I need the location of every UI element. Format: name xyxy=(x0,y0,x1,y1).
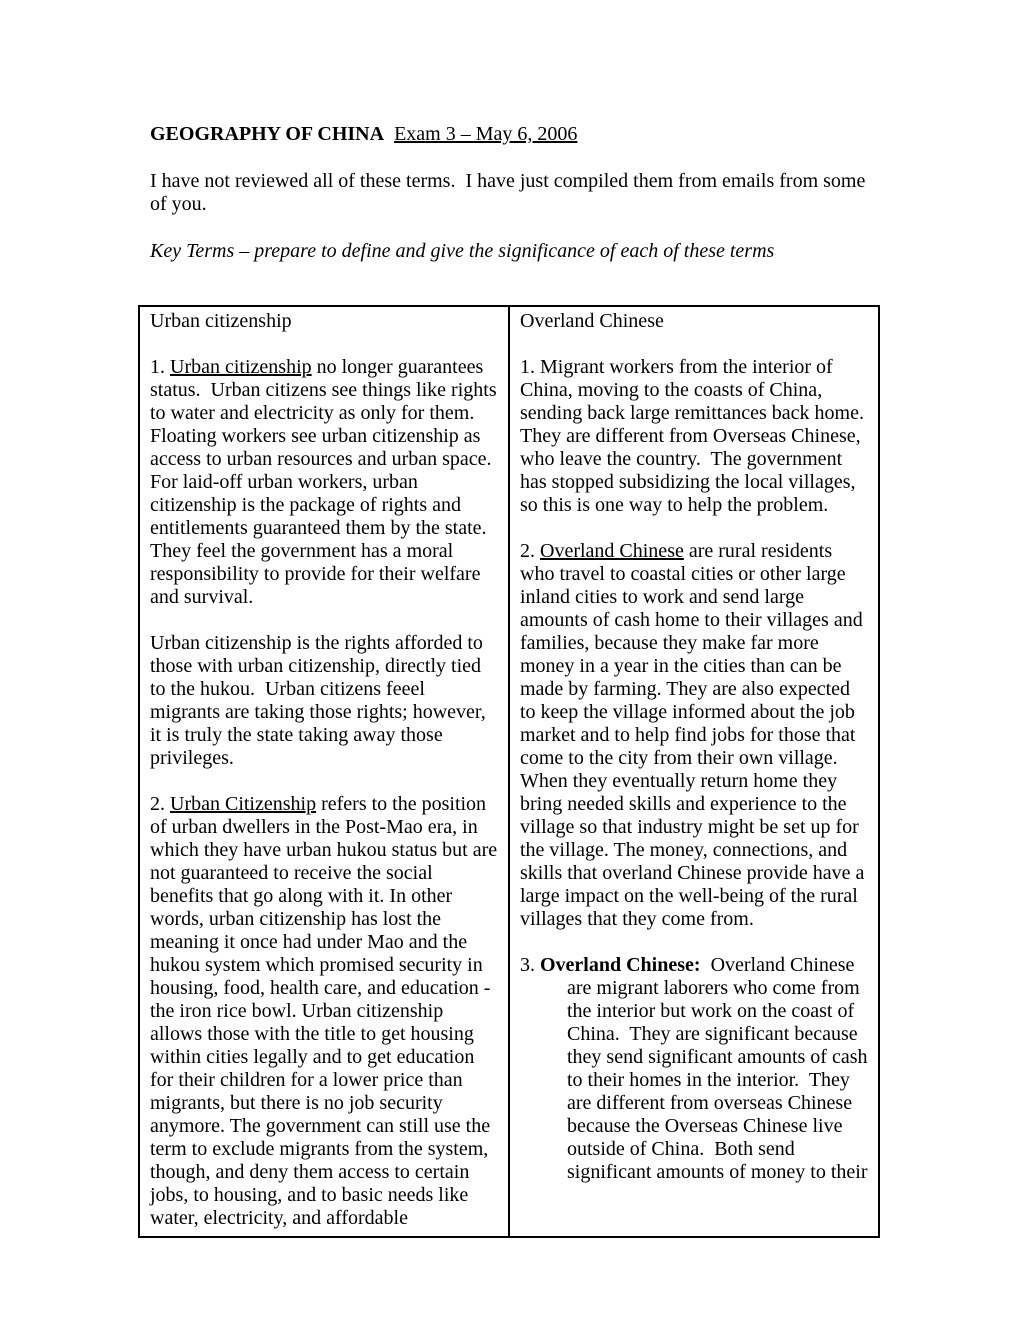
bold-run: Overland Chinese: xyxy=(540,954,701,976)
text-run: no longer guarantees status. Urban citiz… xyxy=(150,356,502,608)
title-line: GEOGRAPHY OF CHINAExam 3 – May 6, 2006 xyxy=(150,123,880,146)
document-title: GEOGRAPHY OF CHINA xyxy=(150,123,384,145)
paragraph: 2. Overland Chinese are rural residents … xyxy=(520,540,869,931)
paragraph: 1. Migrant workers from the interior of … xyxy=(520,356,869,517)
underlined-run: Urban citizenship xyxy=(170,356,312,378)
text-run: 2. xyxy=(520,540,540,562)
key-terms-note: Key Terms – prepare to define and give t… xyxy=(150,240,880,263)
document-page: GEOGRAPHY OF CHINAExam 3 – May 6, 2006 I… xyxy=(0,0,1020,1320)
underlined-run: Urban Citizenship xyxy=(170,793,316,815)
exam-date-subtitle: Exam 3 – May 6, 2006 xyxy=(394,123,577,145)
text-run: Overland Chinese are migrant laborers wh… xyxy=(567,954,873,1183)
paragraph: 1. Urban citizenship no longer guarantee… xyxy=(150,356,499,609)
term-cell-urban-citizenship: Urban citizenship 1. Urban citizenship n… xyxy=(139,306,509,1237)
key-terms-table: Urban citizenship 1. Urban citizenship n… xyxy=(138,305,880,1238)
paragraph: Urban citizenship is the rights afforded… xyxy=(150,632,499,770)
underlined-run: Overland Chinese xyxy=(540,540,684,562)
text-run: are rural residents who travel to coasta… xyxy=(520,540,869,930)
text-run: Urban citizenship is the rights afforded… xyxy=(150,632,491,769)
paragraph: 3. Overland Chinese: Overland Chinese ar… xyxy=(520,954,869,1184)
text-run: 1. xyxy=(150,356,170,378)
document-content: GEOGRAPHY OF CHINAExam 3 – May 6, 2006 I… xyxy=(0,0,1020,1238)
term-title-overland-chinese: Overland Chinese xyxy=(520,310,869,333)
term-title-urban-citizenship: Urban citizenship xyxy=(150,310,499,333)
table-row: Urban citizenship 1. Urban citizenship n… xyxy=(139,306,879,1237)
paragraph: 2. Urban Citizenship refers to the posit… xyxy=(150,793,499,1230)
intro-paragraph: I have not reviewed all of these terms. … xyxy=(150,170,880,216)
text-run: 1. Migrant workers from the interior of … xyxy=(520,356,869,516)
text-run: refers to the position of urban dwellers… xyxy=(150,793,502,1229)
term-cell-overland-chinese: Overland Chinese 1. Migrant workers from… xyxy=(509,306,879,1237)
text-run: 3. xyxy=(520,954,540,976)
text-run: 2. xyxy=(150,793,170,815)
